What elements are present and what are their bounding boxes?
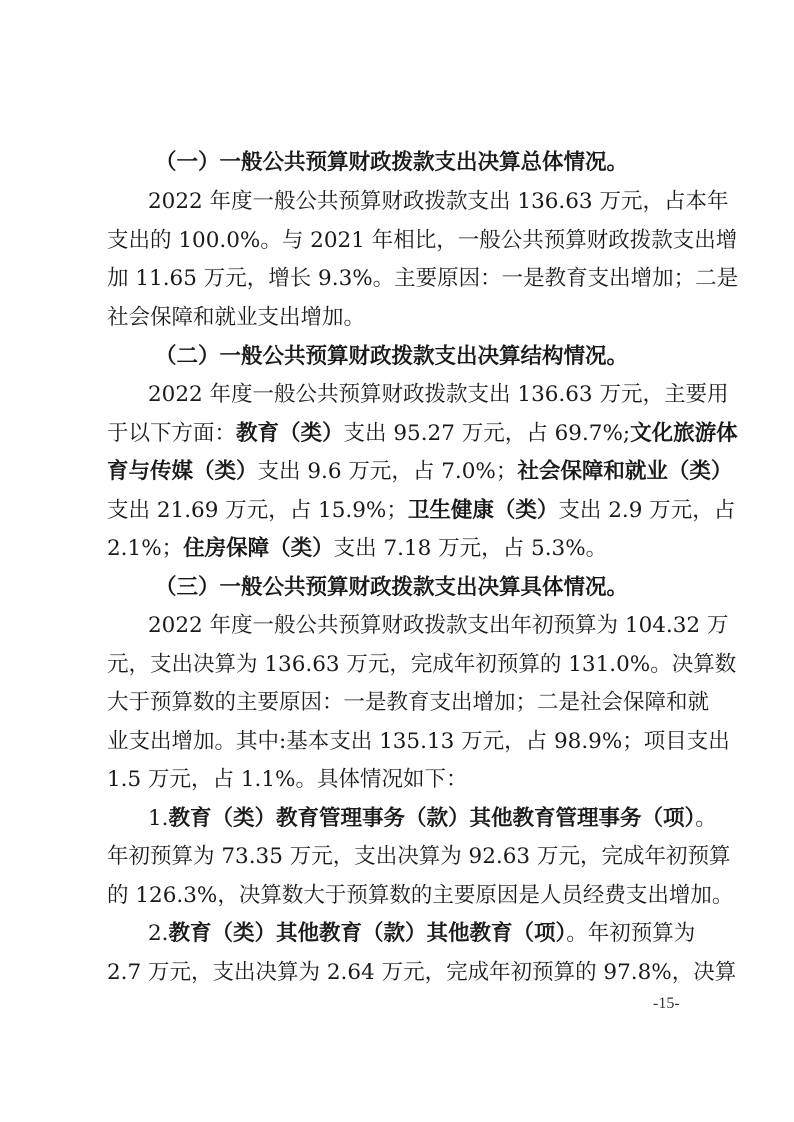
text-segment: 大于预算数的主要原因：一是教育支出增加；二是社会保障和就 [107,690,709,715]
paragraph-line: 1.教育（类）教育管理事务（款）其他教育管理事务（项）。 [148,804,691,834]
text-segment: 2.7 万元，支出决算为 2.64 万元，完成年初预算的 97.8%，决算 [107,960,736,985]
paragraph-line: 大于预算数的主要原因：一是教育支出增加；二是社会保障和就 [107,688,691,718]
text-segment: 元，支出决算为 136.63 万元，完成年初预算的 131.0%。决算数 [107,652,736,677]
text-segment: 2. [148,921,169,946]
paragraph-line: 的 126.3%，决算数大于预算数的主要原因是人员经费支出增加。 [107,881,691,911]
paragraph-line: 支出的 100.0%。与 2021 年相比，一般公共预算财政拨款支出增 [107,226,691,256]
text-segment: 年初预算为 73.35 万元，支出决算为 92.63 万元，完成年初预算 [107,844,730,869]
text-segment: 。 [695,806,717,831]
paragraph-line: 2.教育（类）其他教育（款）其他教育（项）。年初预算为 [148,919,691,949]
bold-text-segment: （二）一般公共预算财政拨款支出决算结构情况。 [155,344,628,369]
section-heading: （二）一般公共预算财政拨款支出决算结构情况。 [155,342,628,372]
paragraph-line: 2022 年度一般公共预算财政拨款支出年初预算为 104.32 万 [148,611,691,641]
paragraph-line: 2.7 万元，支出决算为 2.64 万元，完成年初预算的 97.8%，决算 [107,958,691,988]
paragraph-line: 加 11.65 万元，增长 9.3%。主要原因：一是教育支出增加；二是 [107,264,691,294]
paragraph-line: 支出 21.69 万元，占 15.9%；卫生健康（类）支出 2.9 万元，占 [107,496,691,526]
text-segment: 于以下方面： [107,421,236,446]
page-number: -15- [653,995,680,1013]
bold-text-segment: 住房保障（类） [183,536,334,561]
text-segment: 2.1%； [107,536,183,561]
bold-text-segment: 文化旅游体 [630,421,738,446]
text-segment: 2022 年度一般公共预算财政拨款支出 136.63 万元，占本年 [148,189,728,214]
bold-text-segment: （一）一般公共预算财政拨款支出决算总体情况。 [155,150,628,175]
paragraph-line: 年初预算为 73.35 万元，支出决算为 92.63 万元，完成年初预算 [107,842,691,872]
text-segment: 2022 年度一般公共预算财政拨款支出 136.63 万元，主要用 [148,382,728,407]
paragraph-line: 育与传媒（类）支出 9.6 万元，占 7.0%；社会保障和就业（类） [107,457,691,487]
text-segment: 2022 年度一般公共预算财政拨款支出年初预算为 104.32 万 [148,613,728,638]
text-segment: 。年初预算为 [566,921,695,946]
bold-text-segment: （三）一般公共预算财政拨款支出决算具体情况。 [155,575,628,600]
text-segment: 支出 2.9 万元，占 [558,498,735,523]
paragraph-line: 2022 年度一般公共预算财政拨款支出 136.63 万元，主要用 [148,380,691,410]
text-segment: 1. [148,806,169,831]
bold-text-segment: 教育（类）教育管理事务（款）其他教育管理事务（项） [169,806,696,831]
text-segment: 的 126.3%，决算数大于预算数的主要原因是人员经费支出增加。 [107,883,733,908]
section-heading: （一）一般公共预算财政拨款支出决算总体情况。 [155,148,628,178]
text-segment: 社会保障和就业支出增加。 [107,305,365,330]
paragraph-line: 1.5 万元，占 1.1%。具体情况如下： [107,765,691,795]
paragraph-line: 业支出增加。其中:基本支出 135.13 万元，占 98.9%；项目支出 [107,727,691,757]
document-page: （一）一般公共预算财政拨款支出决算总体情况。2022 年度一般公共预算财政拨款支… [0,0,794,1122]
text-segment: 支出 9.6 万元，占 7.0%； [258,459,518,484]
text-segment: 支出 7.18 万元，占 5.3%。 [334,536,608,561]
text-segment: 1.5 万元，占 1.1%。具体情况如下： [107,767,467,792]
bold-text-segment: 教育（类）其他教育（款）其他教育（项） [169,921,567,946]
bold-text-segment: 教育（类） [236,421,344,446]
text-segment: 加 11.65 万元，增长 9.3%。主要原因：一是教育支出增加；二是 [107,266,738,291]
paragraph-line: 于以下方面：教育（类）支出 95.27 万元，占 69.7%;文化旅游体 [107,419,691,449]
bold-text-segment: 卫生健康（类） [408,498,559,523]
text-segment: 支出的 100.0%。与 2021 年相比，一般公共预算财政拨款支出增 [107,228,737,253]
bold-text-segment: 育与传媒（类） [107,459,258,484]
text-segment: 支出 21.69 万元，占 15.9%； [107,498,408,523]
text-segment: 业支出增加。其中:基本支出 135.13 万元，占 98.9%；项目支出 [107,729,730,754]
paragraph-line: 社会保障和就业支出增加。 [107,303,691,333]
bold-text-segment: 社会保障和就业（类） [517,459,732,484]
section-heading: （三）一般公共预算财政拨款支出决算具体情况。 [155,573,628,603]
paragraph-line: 元，支出决算为 136.63 万元，完成年初预算的 131.0%。决算数 [107,650,691,680]
text-segment: 支出 95.27 万元，占 69.7%; [344,421,631,446]
paragraph-line: 2022 年度一般公共预算财政拨款支出 136.63 万元，占本年 [148,187,691,217]
paragraph-line: 2.1%；住房保障（类）支出 7.18 万元，占 5.3%。 [107,534,691,564]
